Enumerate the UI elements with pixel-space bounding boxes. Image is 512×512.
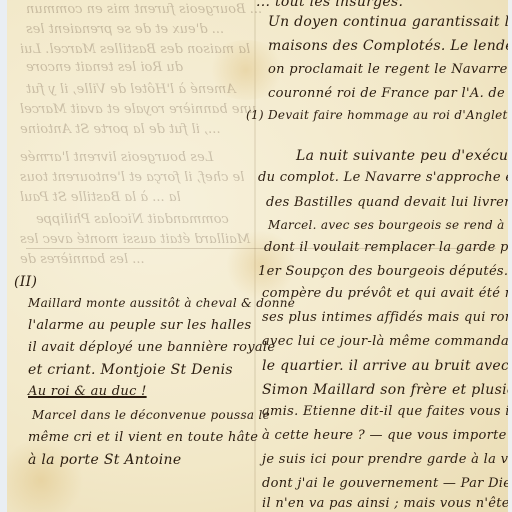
text-line: le quartier. il arrive au bruit avec — [262, 358, 509, 374]
text-line: dont il voulait remplacer la garde par s… — [264, 240, 512, 255]
text-line: à cette heure ? — que vous importe — [262, 428, 507, 443]
text-line: ... tout les insurgés. — [256, 0, 403, 10]
text-line: dont j'ai le gouvernement — Par Dieu — [262, 476, 512, 491]
text-line: Marcel dans le déconvenue poussa le — [32, 408, 270, 422]
scan-edge-right — [508, 0, 512, 512]
text-line: maisons des Complotés. Le lendemain — [268, 38, 512, 54]
bleed-line: le chef, il força et l'entourent tous — [20, 170, 244, 185]
text-line: à la porte St Antoine — [28, 452, 181, 468]
text-line: La nuit suivante peu d'exécution — [296, 148, 512, 164]
bleed-line: la ... à la Bastille St Paul — [20, 190, 181, 205]
text-line: même cri et il vient en toute hâte — [28, 430, 258, 445]
bleed-line: ... les bannières de — [20, 252, 145, 267]
text-line: amis. Etienne dit-il que faites vous ici — [262, 404, 512, 419]
text-line: Marcel. avec ses bourgeois se rend à la … — [268, 218, 512, 232]
text-line: il avait déployé une bannière royale — [28, 340, 275, 355]
bleed-line: une bannière royale et avait Marcel — [20, 102, 256, 117]
text-line: avec lui ce jour-là même commandant — [262, 334, 512, 349]
section-marker: (II) — [14, 274, 37, 290]
manuscript-page: ... Bourgeois furent mis en commun ... d… — [6, 0, 510, 512]
text-line: ses plus intimes affidés mais qui rompit… — [262, 310, 512, 325]
bleed-line: ... d'eux et de se prenaient les — [26, 22, 224, 37]
text-line: couronné roi de France par l'A. de Laon — [268, 86, 512, 101]
text-line: Un doyen continua garantissait les — [268, 14, 512, 30]
montjoie-line: et criant. Montjoie St Denis — [28, 362, 233, 378]
scan-edge-left — [0, 0, 7, 512]
bleed-line: Amené à l'Hôtel de Ville, il y fut — [26, 82, 236, 97]
text-line: Simon Maillard son frère et plusieurs — [262, 382, 512, 398]
bleed-line: la maison des Bastilles Marcel. Lui — [20, 42, 250, 57]
text-line: on proclamait le regent le Navarre était — [268, 62, 512, 77]
text-line: des Bastilles quand devait lui livrer — [266, 195, 511, 210]
bleed-line: ..., il fut de la porte St Antoine — [20, 122, 221, 137]
underlined-line: Au roi & au duc ! — [28, 384, 147, 399]
text-line: il n'en va pas ainsi ; mais vous n'êtes — [262, 496, 512, 511]
text-line: Maillard monte aussitôt à cheval & donne — [28, 296, 295, 310]
bleed-line: Maillard était aussi monté avec les — [20, 232, 250, 247]
text-line: 1er Soupçon des bourgeois députés. Jean … — [258, 264, 512, 279]
bleed-line: commandait Nicolas Philippe — [36, 212, 229, 227]
paper-stain — [0, 440, 86, 512]
text-line: je suis ici pour prendre garde à la vill… — [262, 452, 512, 467]
section-number: II — [20, 274, 32, 290]
text-line: du complot. Le Navarre s'approche en s'é… — [258, 170, 512, 185]
footnote-line: (1) Devait faire hommage au roi d'Anglet… — [246, 108, 512, 122]
text-line: l'alarme au peuple sur les halles — [28, 318, 251, 333]
text-line: compère du prévôt et qui avait été mis d… — [262, 286, 512, 301]
bleed-line: du Roi les tenait encore — [26, 60, 183, 75]
bleed-line: Les bourgeois livrent l'armée — [20, 150, 213, 165]
text-line: et criant. Montjoie St Denis — [28, 362, 233, 378]
bleed-line: ... Bourgeois furent mis en commun — [26, 2, 262, 17]
